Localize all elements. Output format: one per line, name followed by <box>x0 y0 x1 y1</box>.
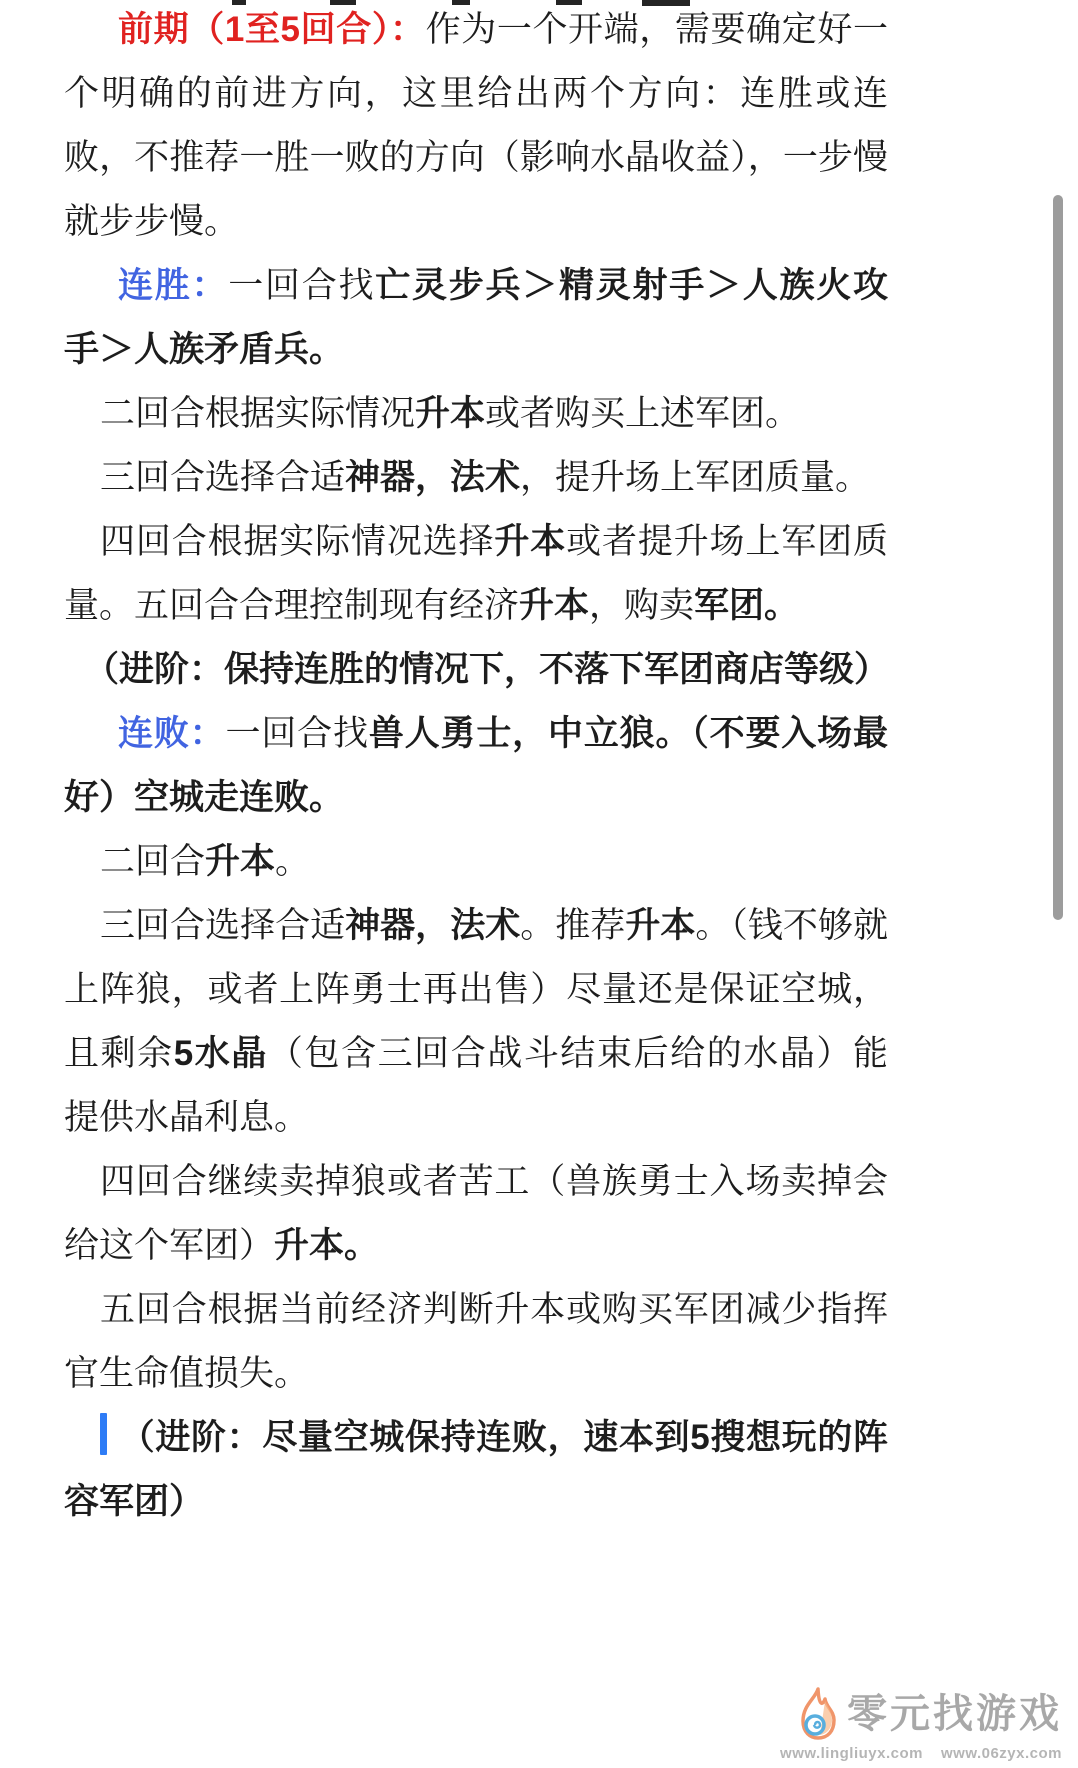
text-segment: 二回合 <box>100 842 205 881</box>
text-segment: 一回合找 <box>226 714 369 753</box>
text-segment: 二回合根据实际情况 <box>100 394 415 433</box>
text-segment: 五回合根据当前经济判断升本或购买军团减少指挥官生命值损失。 <box>64 1290 888 1393</box>
text-segment: 升本 <box>415 394 485 433</box>
text-segment: ，购卖 <box>589 586 694 625</box>
text-segment: 前期（1至5回合）： <box>118 10 426 49</box>
text-segment: 一回合找 <box>228 266 375 305</box>
watermark-url-left: www.lingliuyx.com <box>780 1745 923 1762</box>
text-segment: 升本。 <box>274 1226 379 1265</box>
flame-swirl-icon <box>795 1687 841 1741</box>
text-segment: 。推荐 <box>520 906 625 945</box>
text-segment: 。 <box>275 842 310 881</box>
paragraph: 前期（1至5回合）：作为一个开端，需要确定好一个明确的前进方向，这里给出两个方向… <box>64 0 888 254</box>
site-watermark: 零元找游戏 www.lingliuyx.comwww.06zyx.com <box>780 1687 1062 1762</box>
text-segment: （进阶：尽量空城保持连败，速本到5搜想玩的阵容军团） <box>64 1418 888 1521</box>
paragraph: （进阶：尽量空城保持连败，速本到5搜想玩的阵容军团） <box>64 1406 888 1534</box>
paragraph: （进阶：保持连胜的情况下，不落下军团商店等级） <box>64 638 888 702</box>
paragraph: 五回合根据当前经济判断升本或购买军团减少指挥官生命值损失。 <box>64 1278 888 1406</box>
text-segment: ，提升场上军团质量。 <box>520 458 870 497</box>
text-segment: 升本 <box>519 586 589 625</box>
text-segment: 连败： <box>118 714 226 753</box>
text-segment: 四回合继续卖掉狼或者苦工（兽族勇士入场卖掉会给这个军团） <box>64 1162 888 1265</box>
text-segment: 神器，法术 <box>345 906 520 945</box>
paragraph: 连败：一回合找兽人勇士，中立狼。（不要入场最好）空城走连败。 <box>64 702 888 830</box>
text-segment: 军团。 <box>694 586 799 625</box>
watermark-brand-text: 零元找游戏 <box>847 1694 1062 1734</box>
text-segment: （进阶：保持连胜的情况下，不落下军团商店等级） <box>84 650 889 689</box>
watermark-urls: www.lingliuyx.comwww.06zyx.com <box>780 1745 1062 1762</box>
paragraph: 三回合选择合适神器，法术。推荐升本。（钱不够就上阵狼，或者上阵勇士再出售）尽量还… <box>64 894 888 1150</box>
text-segment: 5水晶 <box>174 1034 268 1073</box>
watermark-url-right: www.06zyx.com <box>941 1745 1062 1762</box>
text-segment: 升本 <box>625 906 695 945</box>
text-segment: 或者购买上述军团。 <box>485 394 800 433</box>
paragraph: 二回合根据实际情况升本或者购买上述军团。 <box>64 382 888 446</box>
text-segment: 升本 <box>494 522 566 561</box>
text-segment: 连胜： <box>118 266 228 305</box>
scrollbar-thumb[interactable] <box>1053 195 1063 920</box>
text-segment: 升本 <box>205 842 275 881</box>
paragraph: 四回合根据实际情况选择升本或者提升场上军团质量。五回合合理控制现有经济升本，购卖… <box>64 510 888 638</box>
paragraph: 三回合选择合适神器，法术，提升场上军团质量。 <box>64 446 888 510</box>
paragraph: 四回合继续卖掉狼或者苦工（兽族勇士入场卖掉会给这个军团）升本。 <box>64 1150 888 1278</box>
text-segment: 神器，法术 <box>345 458 520 497</box>
paragraph: 连胜：一回合找亡灵步兵＞精灵射手＞人族火攻手＞人族矛盾兵。 <box>64 254 888 382</box>
text-segment: 四回合根据实际情况选择 <box>100 522 494 561</box>
text-segment: 三回合选择合适 <box>100 458 345 497</box>
text-segment: 三回合选择合适 <box>100 906 345 945</box>
paragraph: 二回合升本。 <box>64 830 888 894</box>
highlight-bar <box>100 1413 107 1455</box>
article-body: 前期（1至5回合）：作为一个开端，需要确定好一个明确的前进方向，这里给出两个方向… <box>64 0 888 1534</box>
